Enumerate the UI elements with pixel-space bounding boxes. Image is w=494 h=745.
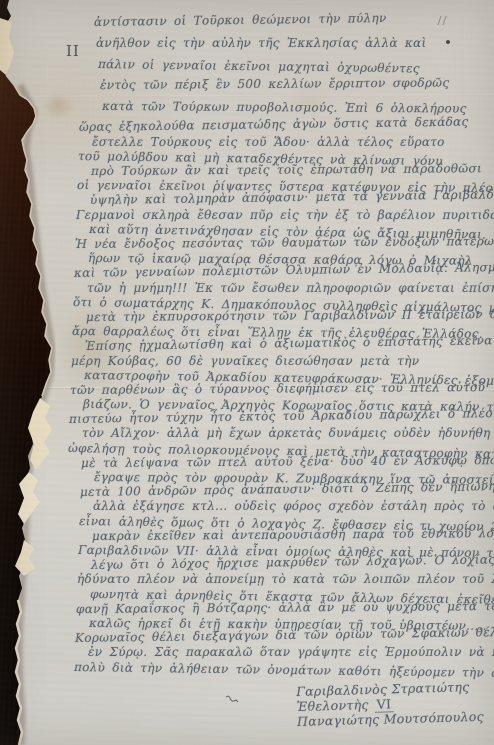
handwritten-line: ὥρας ἐξηκολούθα πεισματώδης ἀγὼν ὅστις κ… — [79, 115, 494, 133]
handwritten-line: ἐν Σύρῳ. Σᾶς παρακαλῶ ὅταν γράψητε εἰς Ἑ… — [88, 646, 494, 658]
signature-corps-numeral: VI — [374, 696, 393, 713]
handwritten-line: ἀνῆλθον εἰς τὴν αὐλὴν τῆς Ἐκκλησίας ἀλλὰ… — [96, 37, 494, 49]
handwritten-line: τῶν ἡ μνήμη!!! Ἐκ τῶν ἔσωθεν πληροφοριῶν… — [87, 282, 494, 294]
handwritten-line: τὸν Αἴλχον· ἀλλὰ μὴ ἔχων ἀρκετὰς δυνάμει… — [82, 427, 494, 439]
handwritten-line: πρὸ Τούρκων ἂν καὶ τρεῖς τοῖς ἐπρωτάθη ν… — [91, 162, 494, 177]
handwritten-line: κατὰ τῶν Τούρκων πυροβολισμούς. Ἐπὶ 6 ὁλ… — [102, 100, 494, 115]
signature-block: Γαριβαλδινὸς Στρατιώτης ἘθελοντὴςVI Πανα… — [296, 679, 484, 729]
handwritten-line: τῶν παρθένων ἃς ὁ τύραννος διεφήμισεν εἰ… — [70, 381, 494, 396]
handwritten-line: Γερμανοὶ σκληρὰ ἔθεσαν πῦρ εἰς τὴν ἐξ τὸ… — [76, 209, 494, 221]
pen-mark — [434, 12, 448, 31]
handwritten-line: μέρη Κούβας, 60 δὲ γυναῖκες διεσώθησαν μ… — [71, 355, 494, 367]
handwritten-line: ἔστελλε Τούρκους εἰς τοῦ Ἅδου· ἀλλὰ τέλο… — [92, 136, 494, 148]
handwritten-line: πολὺ διὰ τὴν ἀλήθειαν τῶν ὀνομάτων καθότ… — [74, 661, 494, 679]
handwritten-line: μετὰ τὴν ἐκπυρσοκρότησιν τῶν Γαριβαλδινῶ… — [86, 308, 494, 323]
handwritten-line: Ἡ νέα ἔνδοξος πεσόντας τῶν θαυμάτων τῶν … — [75, 235, 494, 250]
ink-dot — [446, 40, 450, 44]
photographed-letter: II ἀντίστασιν οἱ Τοῦρκοι θεώμενοι τὴν πύ… — [0, 0, 494, 745]
handwritten-line: ἐντὸς τῶν πέριξ ἓν 500 κελλίων ἔρριπτον … — [100, 76, 494, 91]
handwritten-line: ἀλλὰ ἐξάγησε κτλ... οὐδεὶς φόρος σχεδὸν … — [93, 500, 494, 512]
letter-body: ἀντίστασιν οἱ Τοῦρκοι θεώμενοι τὴν πύλην… — [60, 16, 494, 676]
handwritten-line: ἠδύνατο πλέον νὰ ἀπονείμῃ τὸ κατὰ τῶν λο… — [77, 573, 494, 585]
pen-scribble — [224, 690, 240, 709]
handwritten-line: φανῇ Καραΐσκος ἢ Βότζαρης· ἀλλὰ ἂν μὲ οὐ… — [76, 600, 494, 615]
handwritten-line: πάλιν οἱ γενναῖοι ἐκεῖνοι μαχηταὶ ὀχυρωθ… — [98, 58, 494, 76]
handwritten-line: μὲ τὰ λείψανα τῶν πτελ αὐτοῦ ξένα· δὺο 4… — [81, 454, 494, 469]
handwritten-line: μακρὰν ἐκεῖθεν καὶ ἀντεπαρουσιάσθη παρὰ … — [92, 527, 494, 542]
